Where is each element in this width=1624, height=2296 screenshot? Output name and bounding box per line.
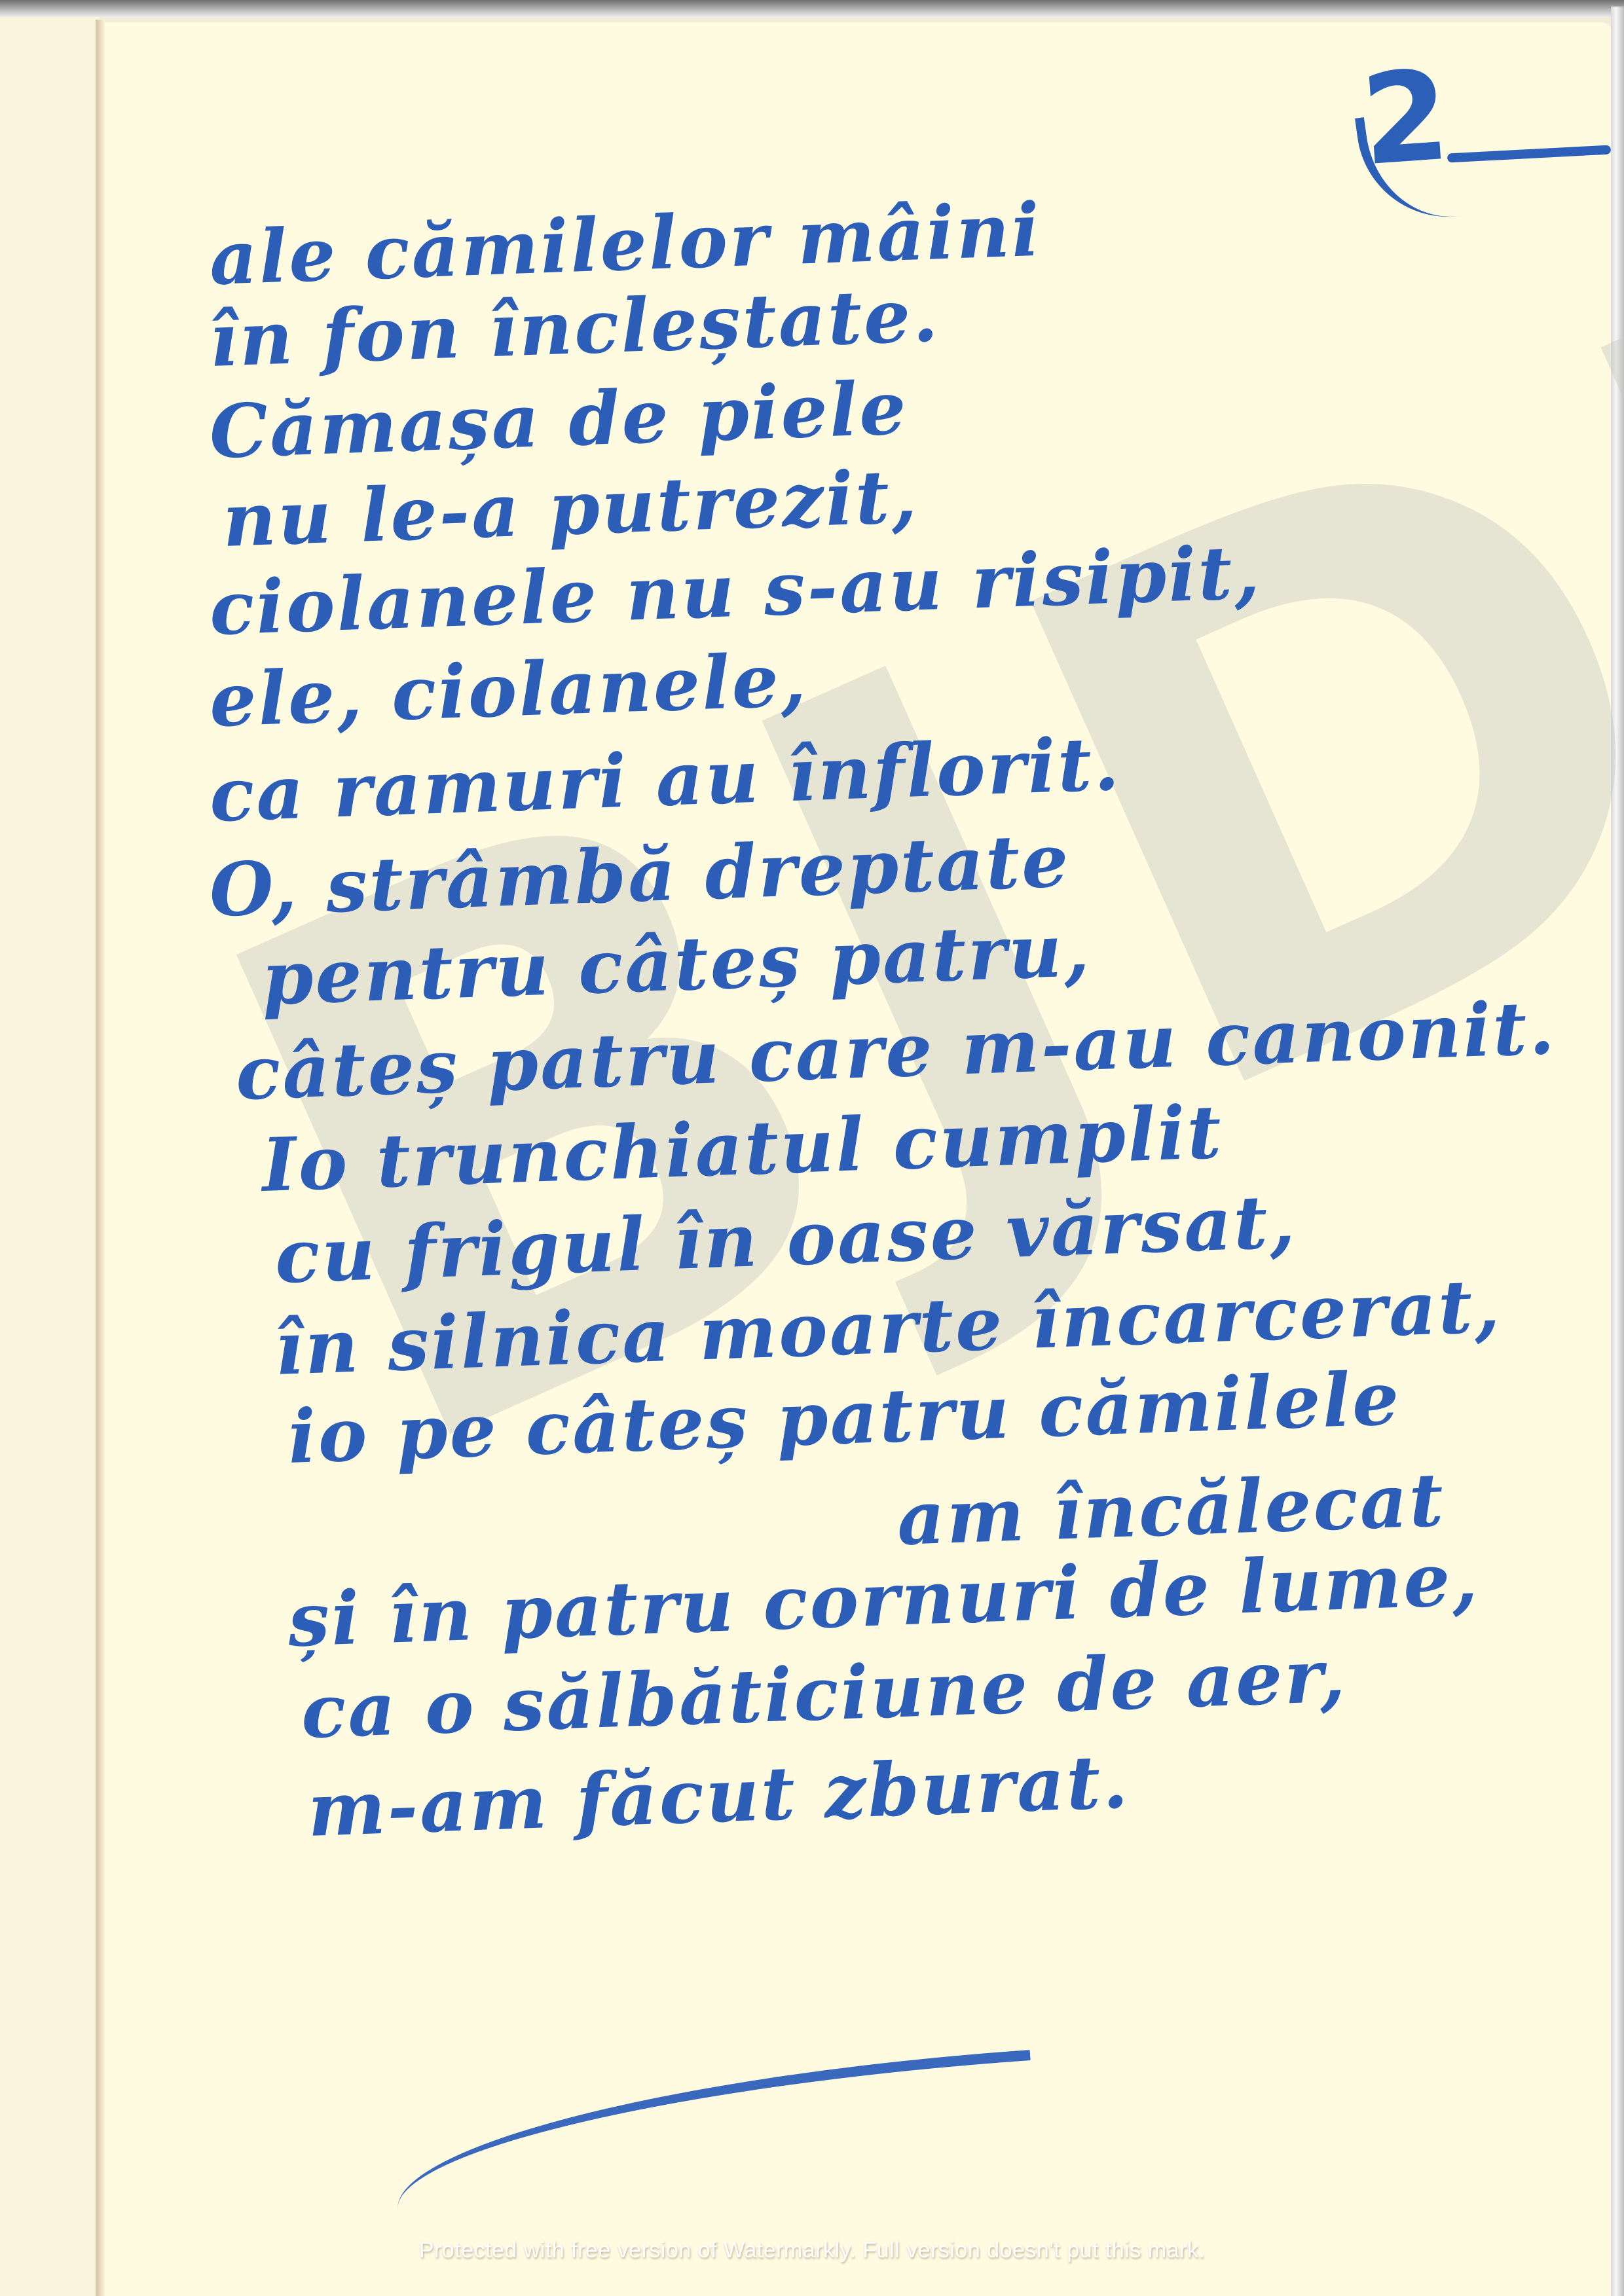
watermark-footer-notice: Protected with free version of Watermark… xyxy=(0,2238,1624,2263)
scanner-right-edge xyxy=(1611,7,1624,2296)
facing-page-edge xyxy=(0,17,100,2296)
binding-fold xyxy=(96,20,105,2296)
scanner-top-border xyxy=(0,0,1624,17)
page-number: 2 xyxy=(1357,43,1453,194)
